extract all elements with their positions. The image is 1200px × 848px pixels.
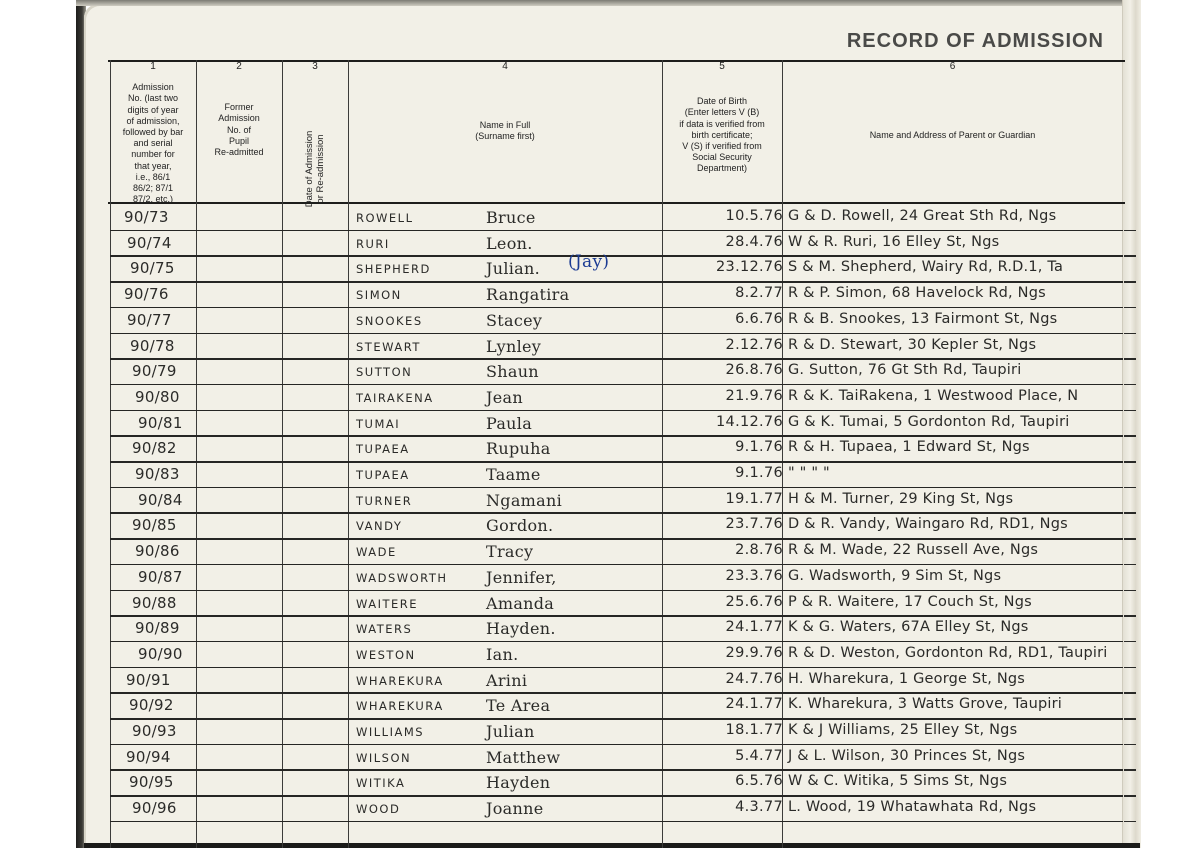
column-header-5: 5Date of Birth(Enter letters V (B)if dat…: [662, 60, 782, 202]
given-name: Ngamani: [486, 491, 562, 510]
admission-number: 90/86: [135, 542, 180, 560]
surname: WHAREKURA: [356, 699, 444, 713]
column-label: Date of Birth(Enter letters V (B)if data…: [662, 96, 782, 174]
margin-tick: [1124, 590, 1136, 592]
column-header-2: 2FormerAdmissionNo. ofPupilRe-admitted: [196, 60, 282, 202]
given-name: Paula: [486, 414, 532, 433]
table-row: 90/93WILLIAMSJulian18.1.77K & J Williams…: [110, 719, 1123, 745]
date-of-birth: 23.3.76: [726, 568, 783, 584]
table-row: 90/88WAITEREAmanda25.6.76P & R. Waitere,…: [110, 591, 1123, 617]
parent-guardian: D & R. Vandy, Waingaro Rd, RD1, Ngs: [788, 516, 1068, 532]
given-name: Shaun: [486, 362, 539, 381]
margin-tick: [1124, 358, 1136, 360]
column-header-1: 1AdmissionNo. (last twodigits of yearof …: [110, 60, 196, 202]
table-row: 90/94WILSONMatthew5.4.77J & L. Wilson, 3…: [110, 745, 1123, 771]
date-of-birth: 24.1.77: [726, 619, 783, 635]
margin-tick: [1124, 718, 1136, 720]
surname: WATERS: [356, 622, 412, 636]
table-row: 90/73ROWELLBruce10.5.76G & D. Rowell, 24…: [110, 205, 1123, 231]
surname: TURNER: [356, 494, 412, 508]
parent-guardian: S & M. Shepherd, Wairy Rd, R.D.1, Ta: [788, 259, 1063, 275]
date-of-birth: 5.4.77: [735, 748, 783, 764]
column-number: 2: [196, 61, 282, 72]
date-of-birth: 25.6.76: [726, 594, 783, 610]
surname: WILLIAMS: [356, 725, 424, 739]
margin-tick: [1124, 564, 1136, 566]
date-of-birth: 23.12.76: [716, 259, 783, 275]
admission-number: 90/94: [126, 748, 171, 766]
book-top-edge: [76, 0, 1140, 6]
table-row: 90/95WITIKAHayden6.5.76W & C. Witika, 5 …: [110, 770, 1123, 796]
date-of-birth: 4.3.77: [735, 799, 783, 815]
margin-tick: [1124, 384, 1136, 386]
margin-tick: [1124, 615, 1136, 617]
surname: TUPAEA: [356, 442, 410, 456]
given-name: Stacey: [486, 311, 542, 330]
parent-guardian: R & K. TaiRakena, 1 Westwood Place, N: [788, 388, 1078, 404]
column-label: Date of Admissionor Re-admission: [304, 131, 326, 208]
date-of-birth: 10.5.76: [726, 208, 783, 224]
given-name: Hayden: [486, 773, 550, 792]
given-name: Ian.: [486, 645, 518, 664]
date-of-birth: 18.1.77: [726, 722, 783, 738]
given-name: Leon.: [486, 234, 533, 253]
parent-guardian: R & P. Simon, 68 Havelock Rd, Ngs: [788, 285, 1046, 301]
table-row: 90/78STEWARTLynley2.12.76R & D. Stewart,…: [110, 334, 1123, 360]
parent-guardian: G & D. Rowell, 24 Great Sth Rd, Ngs: [788, 208, 1056, 224]
parent-guardian: W & R. Ruri, 16 Elley St, Ngs: [788, 234, 999, 250]
admission-number: 90/85: [132, 516, 177, 534]
surname: STEWART: [356, 340, 421, 354]
given-name: Bruce: [486, 208, 536, 227]
column-number: 1: [110, 61, 196, 72]
table-row: 90/89WATERSHayden.24.1.77K & G. Waters, …: [110, 616, 1123, 642]
table-row: 90/80TAIRAKENAJean21.9.76R & K. TaiRaken…: [110, 385, 1123, 411]
admission-number: 90/82: [132, 439, 177, 457]
book-bottom-edge: [84, 843, 1140, 848]
admission-number: 90/92: [129, 696, 174, 714]
admission-number: 90/83: [135, 465, 180, 483]
surname: WOOD: [356, 802, 400, 816]
parent-guardian: R & H. Tupaea, 1 Edward St, Ngs: [788, 439, 1030, 455]
column-number: 4: [348, 61, 662, 72]
column-number: 6: [782, 61, 1123, 72]
column-header-3: 3Date of Admissionor Re-admission: [282, 60, 348, 202]
surname: SIMON: [356, 288, 402, 302]
parent-guardian: G. Sutton, 76 Gt Sth Rd, Taupiri: [788, 362, 1021, 378]
table-row: 90/83TUPAEATaame9.1.76" " " ": [110, 462, 1123, 488]
column-header-4: 4Name in Full(Surname first): [348, 60, 662, 202]
column-number: 3: [282, 61, 348, 72]
given-name: Julian.: [486, 259, 540, 278]
margin-tick: [1124, 307, 1136, 309]
margin-tick: [1124, 692, 1136, 694]
margin-tick: [1124, 410, 1136, 412]
date-of-birth: 6.6.76: [735, 311, 783, 327]
margin-tick: [1124, 795, 1136, 797]
margin-tick: [1124, 255, 1136, 257]
admission-number: 90/77: [127, 311, 172, 329]
margin-tick: [1124, 641, 1136, 643]
date-of-birth: 2.8.76: [735, 542, 783, 558]
surname: TUPAEA: [356, 468, 410, 482]
given-name: Arini: [486, 671, 527, 690]
given-name: Lynley: [486, 337, 541, 356]
admission-number: 90/80: [135, 388, 180, 406]
margin-tick: [1124, 821, 1136, 823]
margin-tick: [1124, 512, 1136, 514]
parent-guardian: P & R. Waitere, 17 Couch St, Ngs: [788, 594, 1032, 610]
row-rule: [110, 821, 1123, 823]
parent-guardian: W & C. Witika, 5 Sims St, Ngs: [788, 773, 1007, 789]
margin-tick: [1124, 744, 1136, 746]
surname: SNOOKES: [356, 314, 423, 328]
date-of-birth: 8.2.77: [735, 285, 783, 301]
parent-guardian: K & J Williams, 25 Elley St, Ngs: [788, 722, 1017, 738]
margin-tick: [1124, 435, 1136, 437]
header-bottom-rule: [108, 202, 1125, 204]
margin-tick: [1124, 769, 1136, 771]
admission-number: 90/93: [132, 722, 177, 740]
margin-tick: [1124, 487, 1136, 489]
surname: WITIKA: [356, 776, 405, 790]
given-name: Tracy: [486, 542, 533, 561]
given-name: Joanne: [486, 799, 543, 818]
parent-guardian: K. Wharekura, 3 Watts Grove, Taupiri: [788, 696, 1062, 712]
parent-guardian: R & B. Snookes, 13 Fairmont St, Ngs: [788, 311, 1057, 327]
admission-number: 90/75: [130, 259, 175, 277]
given-name: Taame: [486, 465, 541, 484]
date-of-birth: 23.7.76: [726, 516, 783, 532]
given-name: Rupuha: [486, 439, 551, 458]
admission-number: 90/74: [127, 234, 172, 252]
table-row: 90/82TUPAEARupuha9.1.76R & H. Tupaea, 1 …: [110, 436, 1123, 462]
table-row: 90/85VANDYGordon.23.7.76D & R. Vandy, Wa…: [110, 513, 1123, 539]
given-name: Julian: [486, 722, 535, 741]
surname: WESTON: [356, 648, 416, 662]
table-row: 90/92WHAREKURATe Area24.1.77K. Wharekura…: [110, 693, 1123, 719]
column-label: Name and Address of Parent or Guardian: [782, 130, 1123, 141]
date-of-birth: 28.4.76: [726, 234, 783, 250]
date-of-birth: 6.5.76: [735, 773, 783, 789]
table-row: 90/77SNOOKESStacey6.6.76R & B. Snookes, …: [110, 308, 1123, 334]
table-row: 90/79SUTTONShaun26.8.76G. Sutton, 76 Gt …: [110, 359, 1123, 385]
surname: SUTTON: [356, 365, 412, 379]
table-row: 90/87WADSWORTHJennifer,23.3.76G. Wadswor…: [110, 565, 1123, 591]
margin-tick: [1124, 281, 1136, 283]
date-of-birth: 24.7.76: [726, 671, 783, 687]
table-row: 90/84TURNERNgamani19.1.77H & M. Turner, …: [110, 488, 1123, 514]
surname: RURI: [356, 237, 390, 251]
margin-tick: [1124, 230, 1136, 232]
margin-tick: [1124, 667, 1136, 669]
table-row: 90/86WADETracy2.8.76R & M. Wade, 22 Russ…: [110, 539, 1123, 565]
date-of-birth: 14.12.76: [716, 414, 783, 430]
nickname-note: (Jay): [568, 252, 609, 272]
parent-guardian: L. Wood, 19 Whatawhata Rd, Ngs: [788, 799, 1036, 815]
surname: TAIRAKENA: [356, 391, 434, 405]
date-of-birth: 29.9.76: [726, 645, 783, 661]
date-of-birth: 9.1.76: [735, 465, 783, 481]
table-row: 90/96WOODJoanne4.3.77L. Wood, 19 Whatawh…: [110, 796, 1123, 822]
table-row: 90/75SHEPHERDJulian.23.12.76S & M. Sheph…: [110, 256, 1123, 282]
table-row: 90/81TUMAIPaula14.12.76G & K. Tumai, 5 G…: [110, 411, 1123, 437]
given-name: Rangatira: [486, 285, 569, 304]
date-of-birth: 19.1.77: [726, 491, 783, 507]
parent-guardian: K & G. Waters, 67A Elley St, Ngs: [788, 619, 1029, 635]
parent-guardian: J & L. Wilson, 30 Princes St, Ngs: [788, 748, 1025, 764]
surname: VANDY: [356, 519, 402, 533]
parent-guardian: H. Wharekura, 1 George St, Ngs: [788, 671, 1025, 687]
parent-guardian: H & M. Turner, 29 King St, Ngs: [788, 491, 1013, 507]
admission-number: 90/81: [138, 414, 183, 432]
admission-number: 90/91: [126, 671, 171, 689]
surname: WAITERE: [356, 597, 418, 611]
given-name: Matthew: [486, 748, 560, 767]
surname: ROWELL: [356, 211, 414, 225]
page-stack-edge: [1122, 0, 1141, 848]
surname: SHEPHERD: [356, 262, 431, 276]
parent-guardian: G. Wadsworth, 9 Sim St, Ngs: [788, 568, 1001, 584]
table-row: 90/76SIMONRangatira8.2.77R & P. Simon, 6…: [110, 282, 1123, 308]
admission-number: 90/76: [124, 285, 169, 303]
date-of-birth: 9.1.76: [735, 439, 783, 455]
parent-guardian: " " " ": [788, 465, 830, 481]
given-name: Hayden.: [486, 619, 556, 638]
given-name: Gordon.: [486, 516, 553, 535]
parent-guardian: R & D. Stewart, 30 Kepler St, Ngs: [788, 337, 1036, 353]
column-label: FormerAdmissionNo. ofPupilRe-admitted: [196, 102, 282, 158]
margin-tick: [1124, 538, 1136, 540]
table-row: 90/91WHAREKURAArini24.7.76H. Wharekura, …: [110, 668, 1123, 694]
surname: WHAREKURA: [356, 674, 444, 688]
margin-tick: [1124, 333, 1136, 335]
date-of-birth: 2.12.76: [726, 337, 783, 353]
parent-guardian: R & M. Wade, 22 Russell Ave, Ngs: [788, 542, 1038, 558]
parent-guardian: R & D. Weston, Gordonton Rd, RD1, Taupir…: [788, 645, 1107, 661]
admission-number: 90/95: [129, 773, 174, 791]
admission-number: 90/79: [132, 362, 177, 380]
surname: TUMAI: [356, 417, 400, 431]
column-number: 5: [662, 61, 782, 72]
column-label: AdmissionNo. (last twodigits of yearof a…: [110, 82, 196, 205]
table-row: 90/74RURILeon.28.4.76W & R. Ruri, 16 Ell…: [110, 231, 1123, 257]
admission-number: 90/73: [124, 208, 169, 226]
surname: WADE: [356, 545, 397, 559]
surname: WILSON: [356, 751, 411, 765]
given-name: Te Area: [486, 696, 550, 715]
table-row: 90/90WESTONIan.29.9.76R & D. Weston, Gor…: [110, 642, 1123, 668]
given-name: Amanda: [486, 594, 554, 613]
given-name: Jean: [486, 388, 523, 407]
page-title: RECORD OF ADMISSION: [847, 30, 1104, 53]
margin-tick: [1124, 461, 1136, 463]
admission-number: 90/87: [138, 568, 183, 586]
admission-number: 90/88: [132, 594, 177, 612]
date-of-birth: 21.9.76: [726, 388, 783, 404]
admission-number: 90/84: [138, 491, 183, 509]
date-of-birth: 26.8.76: [726, 362, 783, 378]
given-name: Jennifer,: [486, 568, 557, 587]
admission-number: 90/78: [130, 337, 175, 355]
admission-number: 90/90: [138, 645, 183, 663]
column-label: Name in Full(Surname first): [348, 120, 662, 142]
admission-number: 90/96: [132, 799, 177, 817]
column-header-6: 6Name and Address of Parent or Guardian: [782, 60, 1123, 202]
admission-number: 90/89: [135, 619, 180, 637]
date-of-birth: 24.1.77: [726, 696, 783, 712]
surname: WADSWORTH: [356, 571, 448, 585]
parent-guardian: G & K. Tumai, 5 Gordonton Rd, Taupiri: [788, 414, 1070, 430]
